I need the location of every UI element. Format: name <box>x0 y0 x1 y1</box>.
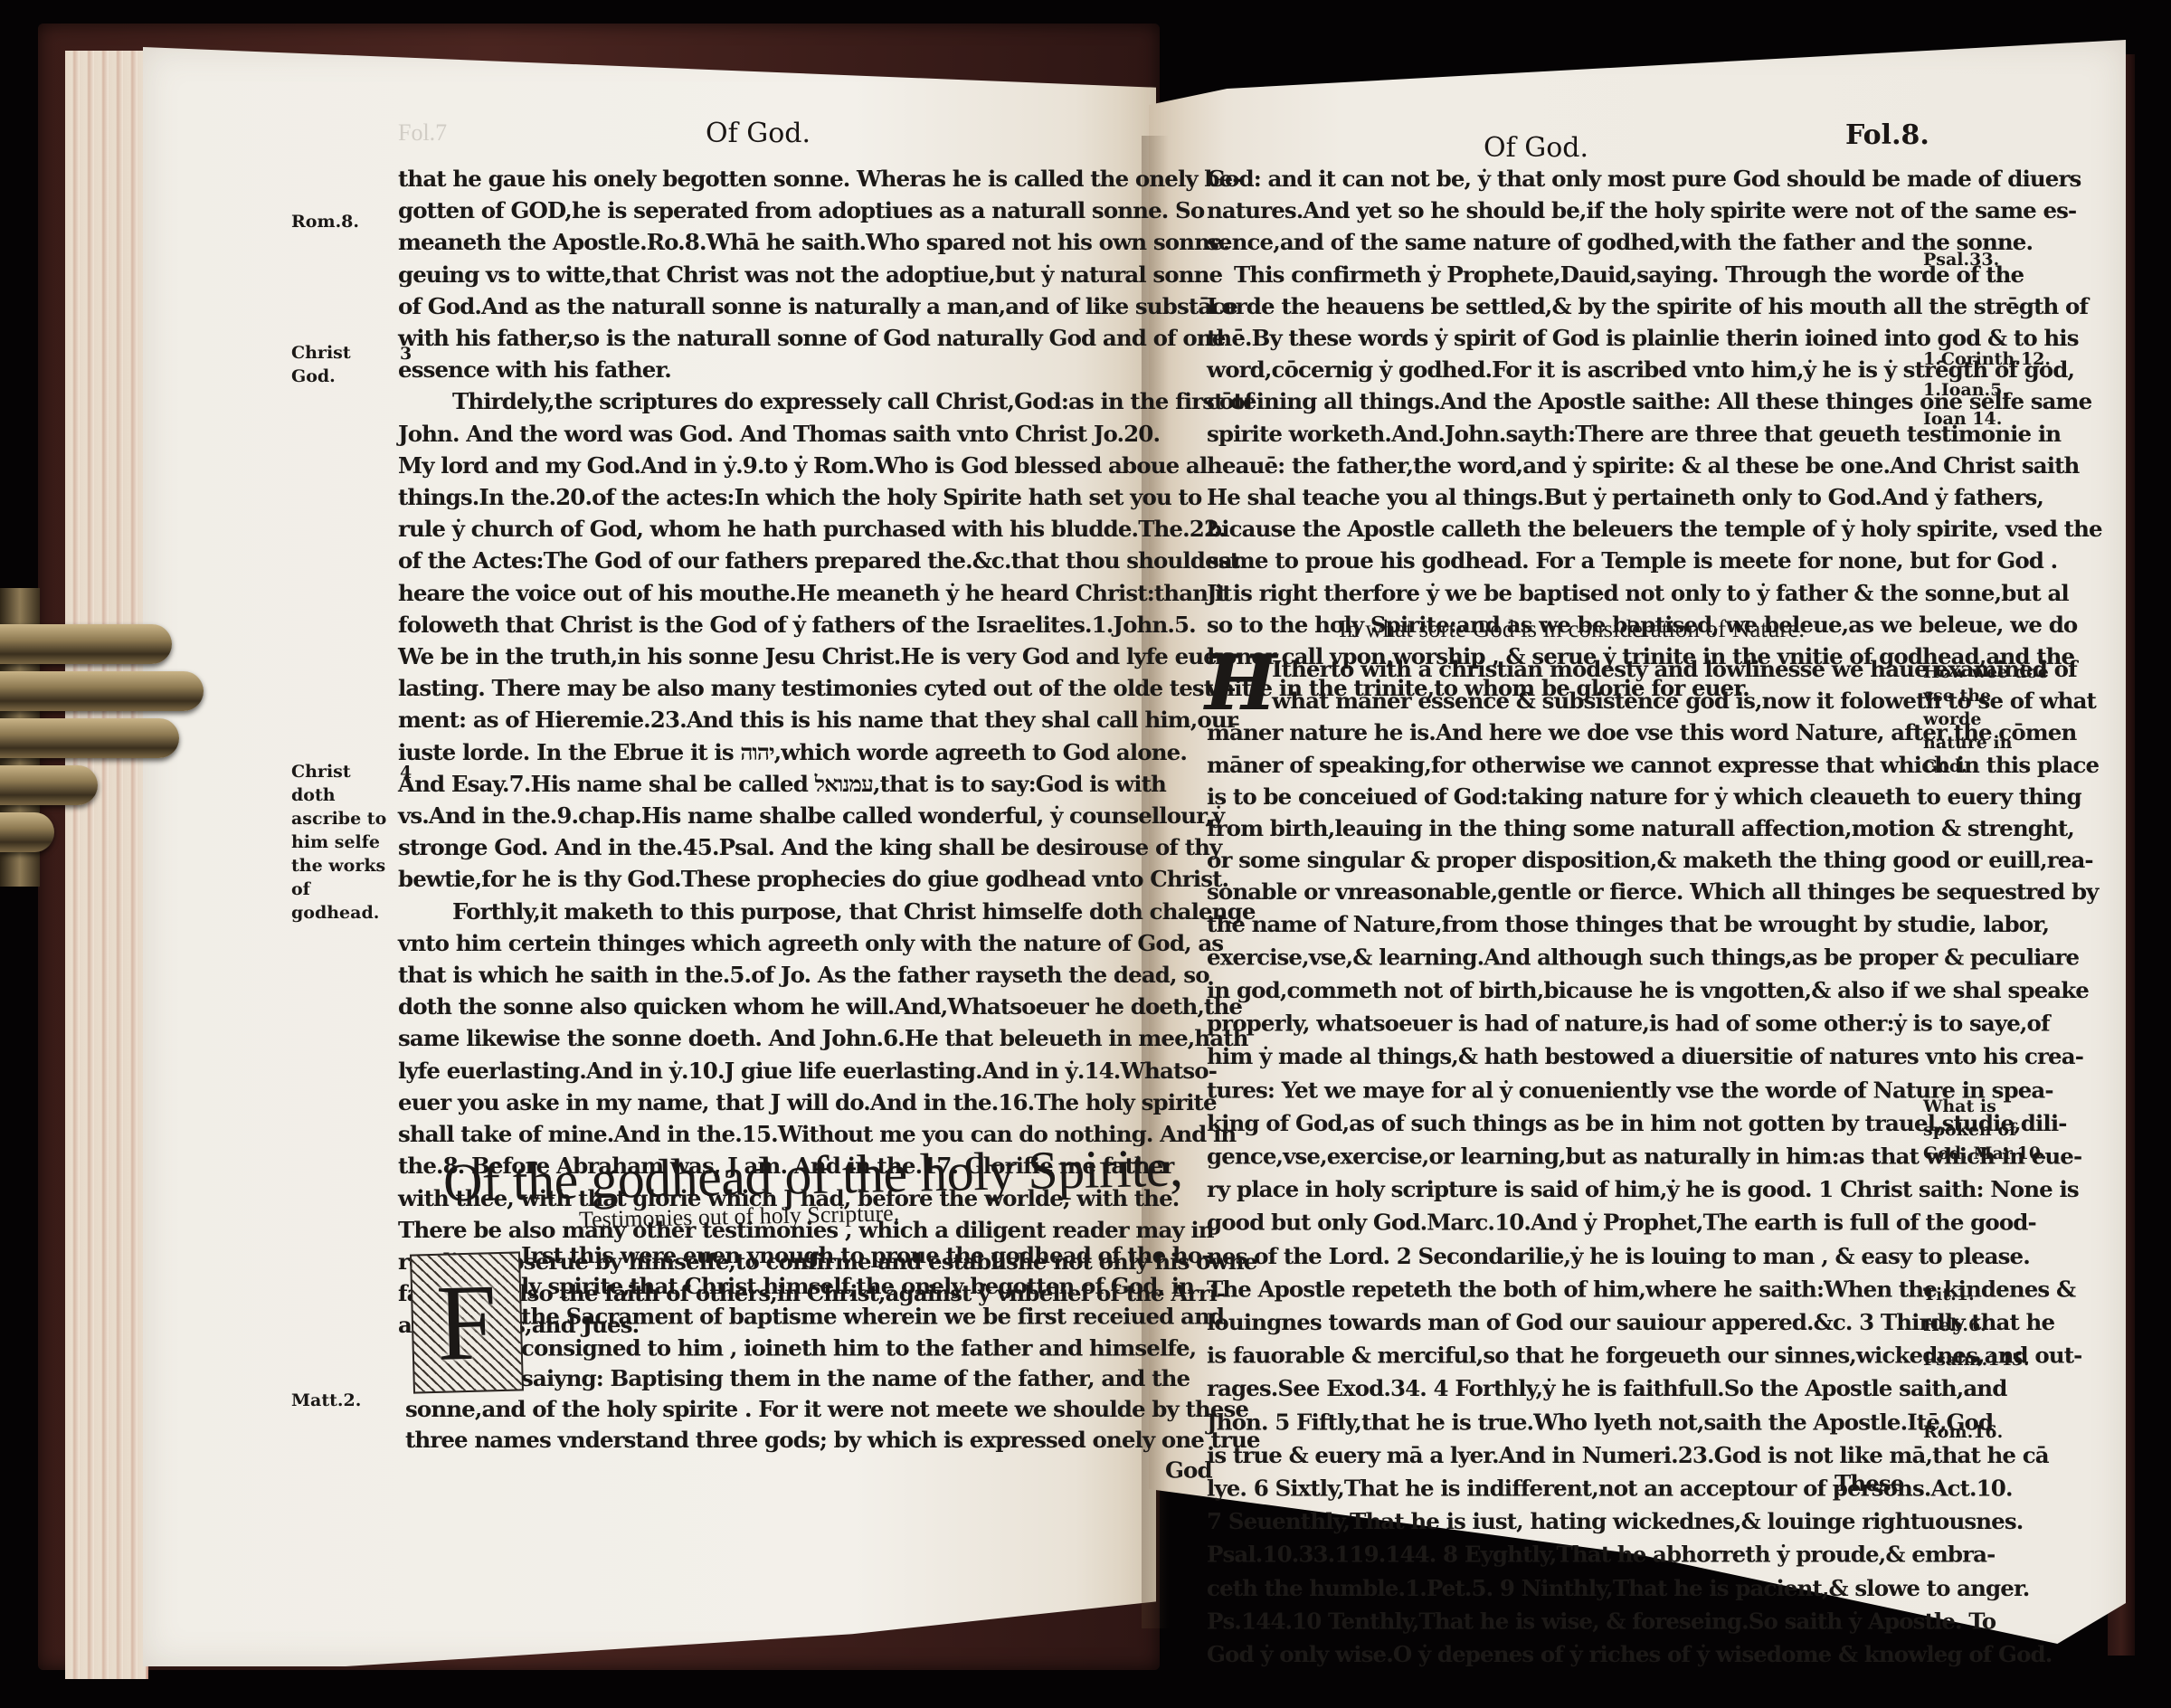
margin-note: Matt.2. <box>291 1389 400 1412</box>
text-line: ment: as of Hieremie.23.And this is his … <box>398 704 1256 735</box>
text-line: The Apostle repeteth the both of him,whe… <box>1207 1273 2099 1305</box>
text-line: the Sacrament of baptisme wherein we be … <box>405 1301 1260 1333</box>
text-line: exercise,vse,& learning.And although suc… <box>1207 941 2099 973</box>
text-line: Psal.10.33.119.144. 8 Eyghtly,That he ab… <box>1207 1539 2099 1570</box>
text-line: word,cōcernig ẏ godhed.For it is ascribe… <box>1207 354 2102 385</box>
catchword: These <box>1834 1467 1904 1499</box>
folio-number: Fol.8. <box>1845 119 1929 151</box>
text-line: Jt is right therfore ẏ we be baptised no… <box>1207 577 2102 609</box>
text-line: bicause the Apostle calleth the beleuers… <box>1207 513 2102 545</box>
left-running-head: Of God. <box>706 118 811 149</box>
text-line: He shal teache you al things.But ẏ perta… <box>1207 481 2102 513</box>
text-line: with his father,so is the naturall sonne… <box>398 322 1256 354</box>
text-line: heare the voice out of his mouthe.He mea… <box>398 577 1256 609</box>
text-line: or some singular & proper disposition,& … <box>1207 844 2099 876</box>
text-line: doth the sonne also quicken whom he will… <box>398 991 1256 1022</box>
text-line: is true & euery mā a lyer.And in Numeri.… <box>1207 1439 2099 1471</box>
text-line: iuste lorde. In the Ebrue it is יהוה,whi… <box>398 736 1256 768</box>
right-section-title: In what sorte God is in consideration of… <box>1339 615 1805 643</box>
text-line: ceth the humble.1.Pet.5. 9 Ninthly,That … <box>1207 1572 2099 1604</box>
text-line: 7 Seuenthly,That he is iust, hating wick… <box>1207 1505 2099 1537</box>
text-line: gotten of GOD,he is seperated from adopt… <box>398 195 1256 226</box>
text-line: gence,vse,exercise,or learning,but as na… <box>1207 1141 2099 1172</box>
text-line: cōteining all things.And the Apostle sai… <box>1207 385 2102 417</box>
verse-number: 3 <box>400 342 412 365</box>
ghost-folio-bleedthrough: Fol.7 <box>398 119 447 147</box>
text-line: We be in the truth,in his sonne Jesu Chr… <box>398 640 1256 672</box>
right-section-text: Itherto with a christian modesty and low… <box>1207 653 2099 1640</box>
text-line: geuing vs to witte,that Christ was not t… <box>398 259 1256 290</box>
text-line: from birth,leauing in the thing some nat… <box>1207 812 2099 844</box>
brass-clasp-icon <box>0 588 217 887</box>
verse-number: 4 <box>400 761 412 784</box>
text-line: Irst this were euen ynough to proue the … <box>405 1239 1260 1271</box>
text-line: And Esay.7.His name shal be called עמנוא… <box>398 768 1256 800</box>
text-line: God: and it can not be, ẏ that only most… <box>1207 163 2102 195</box>
text-line: spirite worketh.And.John.sayth:There are… <box>1207 418 2102 450</box>
text-line: lasting. There may be also many testimon… <box>398 672 1256 704</box>
left-section-text: Irst this were euen ynough to proue the … <box>405 1239 1260 1494</box>
text-line: good but only God.Marc.10.And ẏ Prophet,… <box>1207 1207 2099 1238</box>
clasp-finger <box>0 812 54 852</box>
text-line: in god,commeth not of birth,bicause he i… <box>1207 974 2099 1006</box>
text-line: essence with his father. <box>398 354 1256 385</box>
text-line: māner nature he is.And here we doe vse t… <box>1207 716 2099 748</box>
margin-note: Rom.8. <box>291 210 400 233</box>
margin-note: Christ God. <box>291 341 400 388</box>
text-line: God ẏ only wise.O ẏ depenes of ẏ riches … <box>1207 1638 2099 1670</box>
text-line: euer you aske in my name, that J will do… <box>398 1086 1256 1118</box>
text-line: what maner essence & subsistence god is,… <box>1207 685 2099 716</box>
clasp-finger <box>0 765 98 805</box>
text-line: Thirdely,the scriptures do expressely ca… <box>398 385 1256 417</box>
text-line: louingnes towards man of God our sauiour… <box>1207 1306 2099 1338</box>
margin-note: Christ doth ascribe to him selfe the wor… <box>291 760 400 925</box>
text-line: sonne,and of the holy spirite . For it w… <box>405 1393 1260 1425</box>
text-line: tures: Yet we maye for al ẏ conueniently… <box>1207 1074 2099 1105</box>
text-line: king of God,as of such things as be in h… <box>1207 1107 2099 1139</box>
text-line: māner of speaking,for otherwise we canno… <box>1207 749 2099 781</box>
text-line: the name of Nature,from those thinges th… <box>1207 908 2099 940</box>
text-line: is fauorable & merciful,so that he forge… <box>1207 1340 2099 1371</box>
text-line: that he gaue his onely begotten sonne. W… <box>398 163 1256 195</box>
text-line: things.In the.20.of the actes:In which t… <box>398 481 1256 513</box>
text-line: Jhon. 5 Fiftly,that he is true.Who lyeth… <box>1207 1406 2099 1438</box>
text-line: Forthly,it maketh to this purpose, that … <box>398 896 1256 927</box>
text-line: Lorde the heauens be settled,& by the sp… <box>1207 290 2102 322</box>
text-line: lye. 6 Sixtly,That he is indifferent,not… <box>1207 1473 2099 1504</box>
clasp-finger <box>0 624 172 664</box>
text-line: This confirmeth ẏ Prophete,Dauid,saying.… <box>1207 259 2102 290</box>
text-line: rule ẏ church of God, whom he hath purch… <box>398 513 1256 545</box>
text-line: Itherto with a christian modesty and low… <box>1207 653 2099 685</box>
text-line: heauē: the father,the word,and ẏ spirite… <box>1207 450 2102 481</box>
text-line: sence,and of the same nature of godhed,w… <box>1207 226 2102 258</box>
text-line: natures.And yet so he should be,if the h… <box>1207 195 2102 226</box>
clasp-finger <box>0 718 179 758</box>
text-line: consigned to him , ioineth him to the fa… <box>405 1332 1260 1363</box>
text-line: vs.And in the.9.chap.His name shalbe cal… <box>398 800 1256 831</box>
text-line: three names vnderstand three gods; by wh… <box>405 1424 1260 1456</box>
text-line: properly, whatsoeuer is had of nature,is… <box>1207 1008 2099 1039</box>
text-line: him ẏ made al things,& hath bestowed a d… <box>1207 1040 2099 1072</box>
text-line: foloweth that Christ is the God of ẏ fat… <box>398 609 1256 640</box>
text-line: rages.See Exod.34. 4 Forthly,ẏ he is fai… <box>1207 1372 2099 1404</box>
clasp-finger <box>0 671 204 711</box>
text-line: that is which he saith in the.5.of Jo. A… <box>398 959 1256 991</box>
text-line: God <box>405 1455 1260 1486</box>
text-line: nes of the Lord. 2 Secondarilie,ẏ he is … <box>1207 1240 2099 1272</box>
text-line: ly spirite,that Christ himself,the onely… <box>405 1270 1260 1302</box>
text-line: same likewise the sonne doeth. And John.… <box>398 1022 1256 1054</box>
right-running-head: Of God. <box>1484 132 1588 164</box>
text-line: vnto him certein thinges which agreeth o… <box>398 927 1256 959</box>
text-line: Ps.144.10 Tenthly,That he is wise, & for… <box>1207 1605 2099 1637</box>
text-line: My lord and my God.And in ẏ.9.to ẏ Rom.W… <box>398 450 1256 481</box>
text-line: of the Actes:The God of our fathers prep… <box>398 545 1256 576</box>
text-line: thē.By these words ẏ spirit of God is pl… <box>1207 322 2102 354</box>
text-line: lyfe euerlasting.And in ẏ.10.J giue life… <box>398 1055 1256 1086</box>
text-line: John. And the word was God. And Thomas s… <box>398 418 1256 450</box>
text-line: sonable or vnreasonable,gentle or fierce… <box>1207 876 2099 907</box>
text-line: same to proue his godhead. For a Temple … <box>1207 545 2102 576</box>
text-line: is to be conceiued of God:taking nature … <box>1207 781 2099 812</box>
text-line: saiyng: Baptising them in the name of th… <box>405 1362 1260 1394</box>
text-line: stronge God. And in the.45.Psal. And the… <box>398 831 1256 863</box>
text-line: of God.And as the naturall sonne is natu… <box>398 290 1256 322</box>
text-line: bewtie,for he is thy God.These prophecie… <box>398 863 1256 895</box>
text-line: ry place in holy scripture is said of hi… <box>1207 1173 2099 1205</box>
text-line: meaneth the Apostle.Ro.8.Whā he saith.Wh… <box>398 226 1256 258</box>
